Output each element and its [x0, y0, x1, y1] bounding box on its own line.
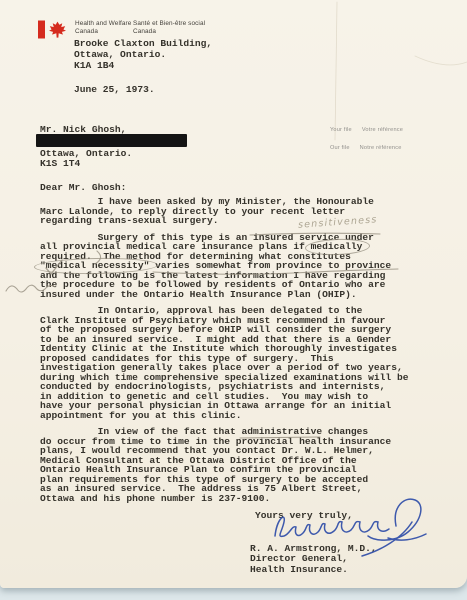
dept-fr-line1: Santé et Bien-être social	[133, 20, 205, 28]
our-file-reference-label: Our fileNotre référence	[330, 145, 402, 151]
letter-date: June 25, 1973.	[74, 85, 155, 95]
handwritten-signature-icon	[250, 492, 460, 562]
dept-fr-line2: Canada	[133, 28, 205, 36]
paragraph-3: In Ontario, approval has been delegated …	[40, 306, 425, 420]
letterhead-address-line2: Ottawa, Ontario.	[74, 49, 212, 60]
redaction-bar	[36, 134, 187, 147]
dept-en-line2: Canada	[75, 28, 131, 36]
dept-en-line1: Health and Welfare	[75, 20, 131, 28]
canada-flag-icon	[38, 20, 70, 39]
canada-flag-svg	[38, 20, 70, 39]
scanned-letter: Health and Welfare Canada Santé et Bien-…	[0, 0, 467, 600]
your-file-reference-label: Your fileVotre référence	[330, 127, 403, 133]
letterhead-address: Brooke Claxton Building,Ottawa, Ontario.…	[74, 38, 212, 71]
our-file-en: Our file	[330, 145, 350, 151]
letter-body: I have been asked by my Minister, the Ho…	[40, 197, 425, 510]
letter-paper: Health and Welfare Canada Santé et Bien-…	[0, 0, 467, 588]
salutation: Dear Mr. Ghosh:	[40, 183, 126, 193]
your-file-fr: Votre référence	[362, 127, 403, 133]
your-file-en: Your file	[330, 127, 352, 133]
our-file-fr: Notre référence	[360, 145, 402, 151]
letterhead-address-line3: K1A 1B4	[74, 60, 212, 71]
paper-crease-vertical	[335, 2, 337, 140]
signer-org: Health Insurance.	[250, 565, 377, 575]
paper-crease-diagonal	[415, 56, 467, 65]
paragraph-2: Surgery of this type is an insured servi…	[40, 233, 425, 300]
department-name-french: Santé et Bien-être social Canada	[133, 20, 205, 35]
recipient-postal-code: K1S 1T4	[40, 159, 80, 169]
letterhead-address-line1: Brooke Claxton Building,	[74, 38, 212, 49]
department-name-english: Health and Welfare Canada	[75, 20, 131, 35]
